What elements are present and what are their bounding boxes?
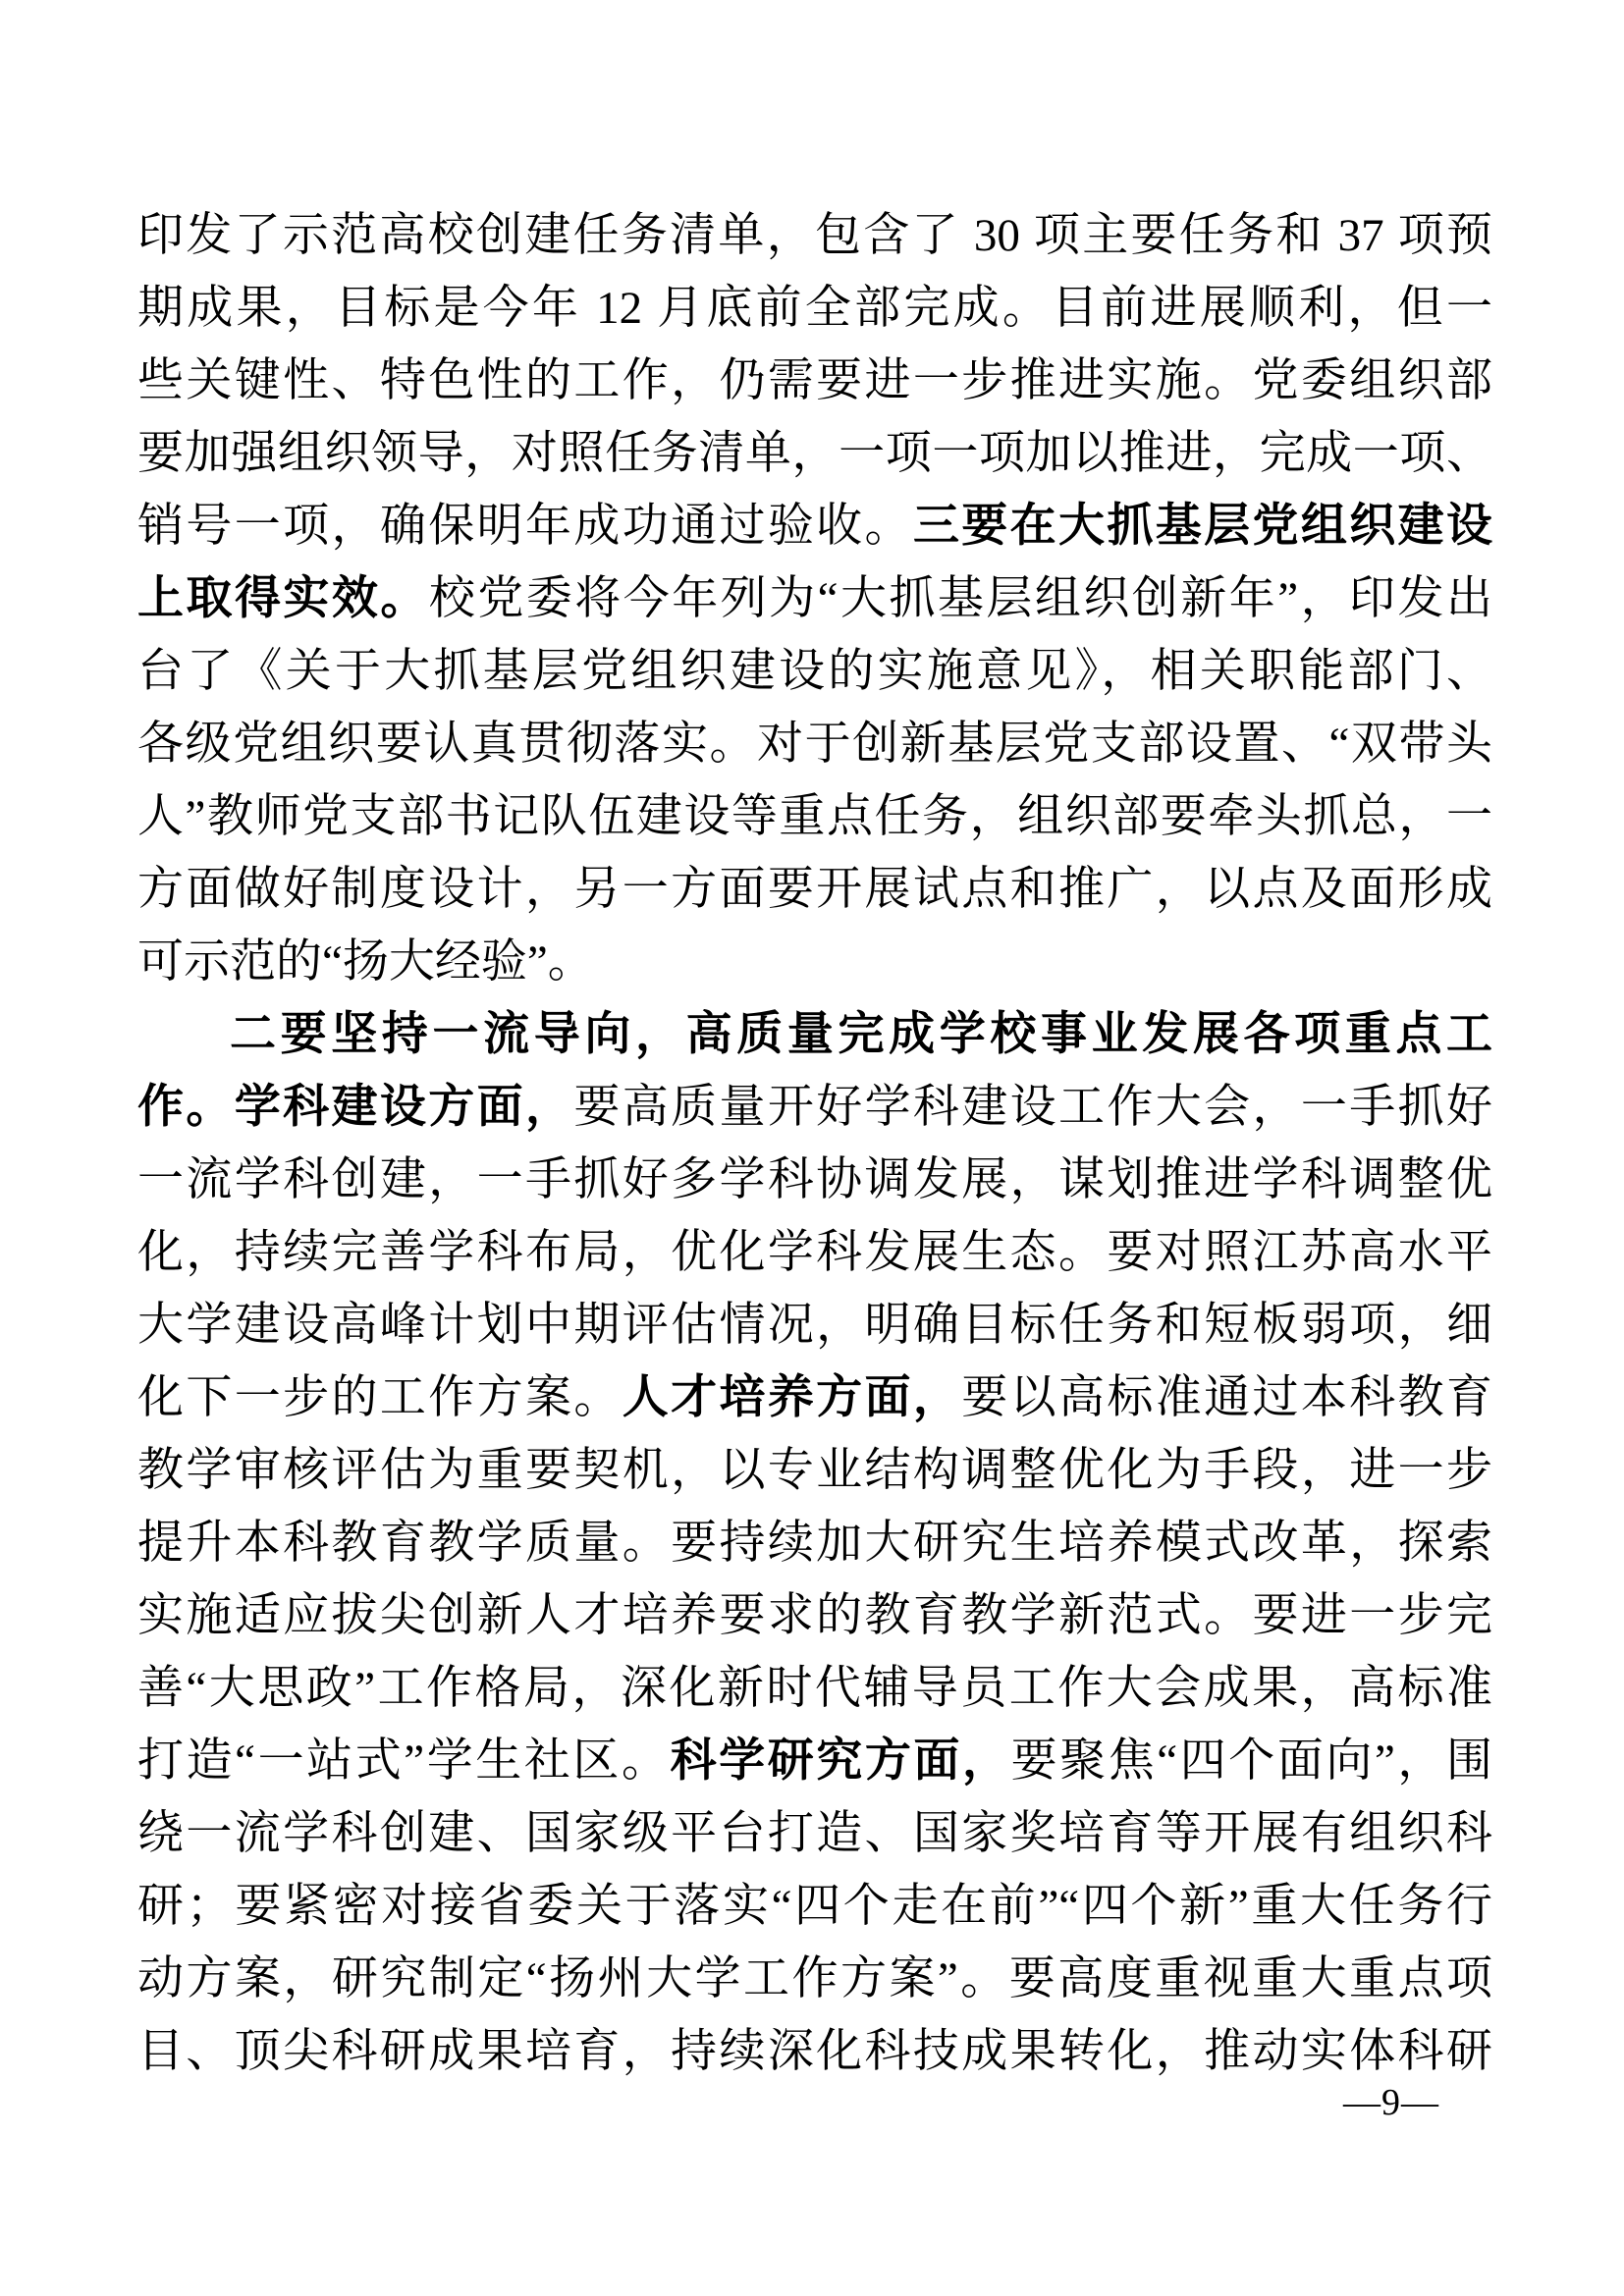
emphasis-text: 人才培养方面， — [623, 1372, 962, 1423]
text-line: 些关键性、特色性的工作，仍需要进一步推进实施。党委组织部 — [137, 345, 1492, 417]
text-line: 台了《关于大抓基层党组织建设的实施意见》，相关职能部门、 — [137, 635, 1492, 708]
text-line: 上取得实效。校党委将今年列为“大抓基层组织创新年”，印发出 — [137, 562, 1492, 635]
body-text: 实施适应拔尖创新人才培养要求的教育教学新范式。要进一步完 — [137, 1590, 1492, 1641]
paragraph-2: 二要坚持一流导向，高质量完成学校事业发展各项重点工作。学科建设方面，要高质量开好… — [137, 998, 1492, 2088]
text-line: 动方案，研究制定“扬州大学工作方案”。要高度重视重大重点项 — [137, 1943, 1492, 2015]
text-line: 各级党组织要认真贯彻落实。对于创新基层党支部设置、“双带头 — [137, 708, 1492, 780]
body-text: 提升本科教育教学质量。要持续加大研究生培养模式改革，探索 — [137, 1518, 1492, 1569]
body-text: 人”教师党支部书记队伍建设等重点任务，组织部要牵头抓总，一 — [137, 791, 1492, 842]
text-line: 化下一步的工作方案。人才培养方面，要以高标准通过本科教育 — [137, 1362, 1492, 1434]
body-text: 教学审核评估为重要契机，以专业结构调整优化为手段，进一步 — [137, 1445, 1492, 1496]
body-text: 些关键性、特色性的工作，仍需要进一步推进实施。党委组织部 — [137, 355, 1492, 406]
body-text: 研；要紧密对接省委关于落实“四个走在前”“四个新”重大任务行 — [137, 1881, 1492, 1932]
emphasis-text: 作。学科建设方面， — [137, 1082, 573, 1133]
text-line: 研；要紧密对接省委关于落实“四个走在前”“四个新”重大任务行 — [137, 1870, 1492, 1943]
text-line: 可示范的“扬大经验”。 — [137, 926, 1492, 998]
text-line: 要加强组织领导，对照任务清单，一项一项加以推进，完成一项、 — [137, 417, 1492, 490]
paragraph-1: 印发了示范高校创建任务清单，包含了 30 项主要任务和 37 项预期成果，目标是… — [137, 199, 1492, 998]
text-line: 绕一流学科创建、国家级平台打造、国家奖培育等开展有组织科 — [137, 1797, 1492, 1870]
text-line: 提升本科教育教学质量。要持续加大研究生培养模式改革，探索 — [137, 1507, 1492, 1579]
text-line: 印发了示范高校创建任务清单，包含了 30 项主要任务和 37 项预 — [137, 199, 1492, 272]
body-text: 要聚焦“四个面向”，围 — [1011, 1735, 1492, 1787]
body-text: 要加强组织领导，对照任务清单，一项一项加以推进，完成一项、 — [137, 428, 1492, 479]
document-page: 印发了示范高校创建任务清单，包含了 30 项主要任务和 37 项预期成果，目标是… — [0, 0, 1624, 2296]
text-line: 实施适应拔尖创新人才培养要求的教育教学新范式。要进一步完 — [137, 1579, 1492, 1652]
body-text: 期成果，目标是今年 12 月底前全部完成。目前进展顺利，但一 — [137, 283, 1492, 334]
text-line: 化，持续完善学科布局，优化学科发展生态。要对照江苏高水平 — [137, 1216, 1492, 1289]
body-text: 销号一项，确保明年成功通过验收。 — [137, 501, 913, 552]
body-text: 可示范的“扬大经验”。 — [137, 936, 594, 988]
body-text: 目、顶尖科研成果培育，持续深化科技成果转化，推动实体科研 — [137, 2026, 1492, 2077]
body-text: 化下一步的工作方案。 — [137, 1372, 623, 1423]
body-text: 方面做好制度设计，另一方面要开展试点和推广，以点及面形成 — [137, 864, 1492, 915]
body-text: 要以高标准通过本科教育 — [961, 1372, 1492, 1423]
body-text: 化，持续完善学科布局，优化学科发展生态。要对照江苏高水平 — [137, 1227, 1492, 1278]
body-text: 善“大思政”工作格局，深化新时代辅导员工作大会成果，高标准 — [137, 1663, 1492, 1714]
page-number: —9— — [1343, 2081, 1439, 2124]
emphasis-text: 科学研究方面， — [671, 1735, 1011, 1787]
text-line: 二要坚持一流导向，高质量完成学校事业发展各项重点工 — [137, 998, 1492, 1071]
text-line: 期成果，目标是今年 12 月底前全部完成。目前进展顺利，但一 — [137, 272, 1492, 345]
body-text: 各级党组织要认真贯彻落实。对于创新基层党支部设置、“双带头 — [137, 719, 1492, 770]
text-line: 善“大思政”工作格局，深化新时代辅导员工作大会成果，高标准 — [137, 1652, 1492, 1725]
text-line: 销号一项，确保明年成功通过验收。三要在大抓基层党组织建设 — [137, 490, 1492, 562]
body-text: 打造“一站式”学生社区。 — [137, 1735, 671, 1787]
text-line: 方面做好制度设计，另一方面要开展试点和推广，以点及面形成 — [137, 853, 1492, 926]
body-text: 印发了示范高校创建任务清单，包含了 30 项主要任务和 37 项预 — [137, 210, 1492, 261]
body-text: 校党委将今年列为“大抓基层组织创新年”，印发出 — [429, 573, 1492, 624]
text-line: 一流学科创建，一手抓好多学科协调发展，谋划推进学科调整优 — [137, 1144, 1492, 1216]
document-body: 印发了示范高校创建任务清单，包含了 30 项主要任务和 37 项预期成果，目标是… — [137, 199, 1492, 2088]
emphasis-text: 二要坚持一流导向，高质量完成学校事业发展各项重点工 — [230, 1009, 1492, 1060]
text-line: 目、顶尖科研成果培育，持续深化科技成果转化，推动实体科研 — [137, 2015, 1492, 2088]
body-text: 要高质量开好学科建设工作大会，一手抓好 — [573, 1082, 1492, 1133]
body-text: 大学建设高峰计划中期评估情况，明确目标任务和短板弱项，细 — [137, 1300, 1492, 1351]
body-text: 一流学科创建，一手抓好多学科协调发展，谋划推进学科调整优 — [137, 1154, 1492, 1205]
body-text: 动方案，研究制定“扬州大学工作方案”。要高度重视重大重点项 — [137, 1953, 1492, 2004]
text-line: 作。学科建设方面，要高质量开好学科建设工作大会，一手抓好 — [137, 1071, 1492, 1144]
text-line: 大学建设高峰计划中期评估情况，明确目标任务和短板弱项，细 — [137, 1289, 1492, 1362]
text-line: 打造“一站式”学生社区。科学研究方面，要聚焦“四个面向”，围 — [137, 1725, 1492, 1797]
emphasis-text: 上取得实效。 — [137, 573, 429, 624]
body-text: 台了《关于大抓基层党组织建设的实施意见》，相关职能部门、 — [137, 646, 1492, 697]
body-text: 绕一流学科创建、国家级平台打造、国家奖培育等开展有组织科 — [137, 1808, 1492, 1859]
text-line: 教学审核评估为重要契机，以专业结构调整优化为手段，进一步 — [137, 1434, 1492, 1507]
emphasis-text: 三要在大抓基层党组织建设 — [913, 501, 1492, 552]
text-line: 人”教师党支部书记队伍建设等重点任务，组织部要牵头抓总，一 — [137, 780, 1492, 853]
